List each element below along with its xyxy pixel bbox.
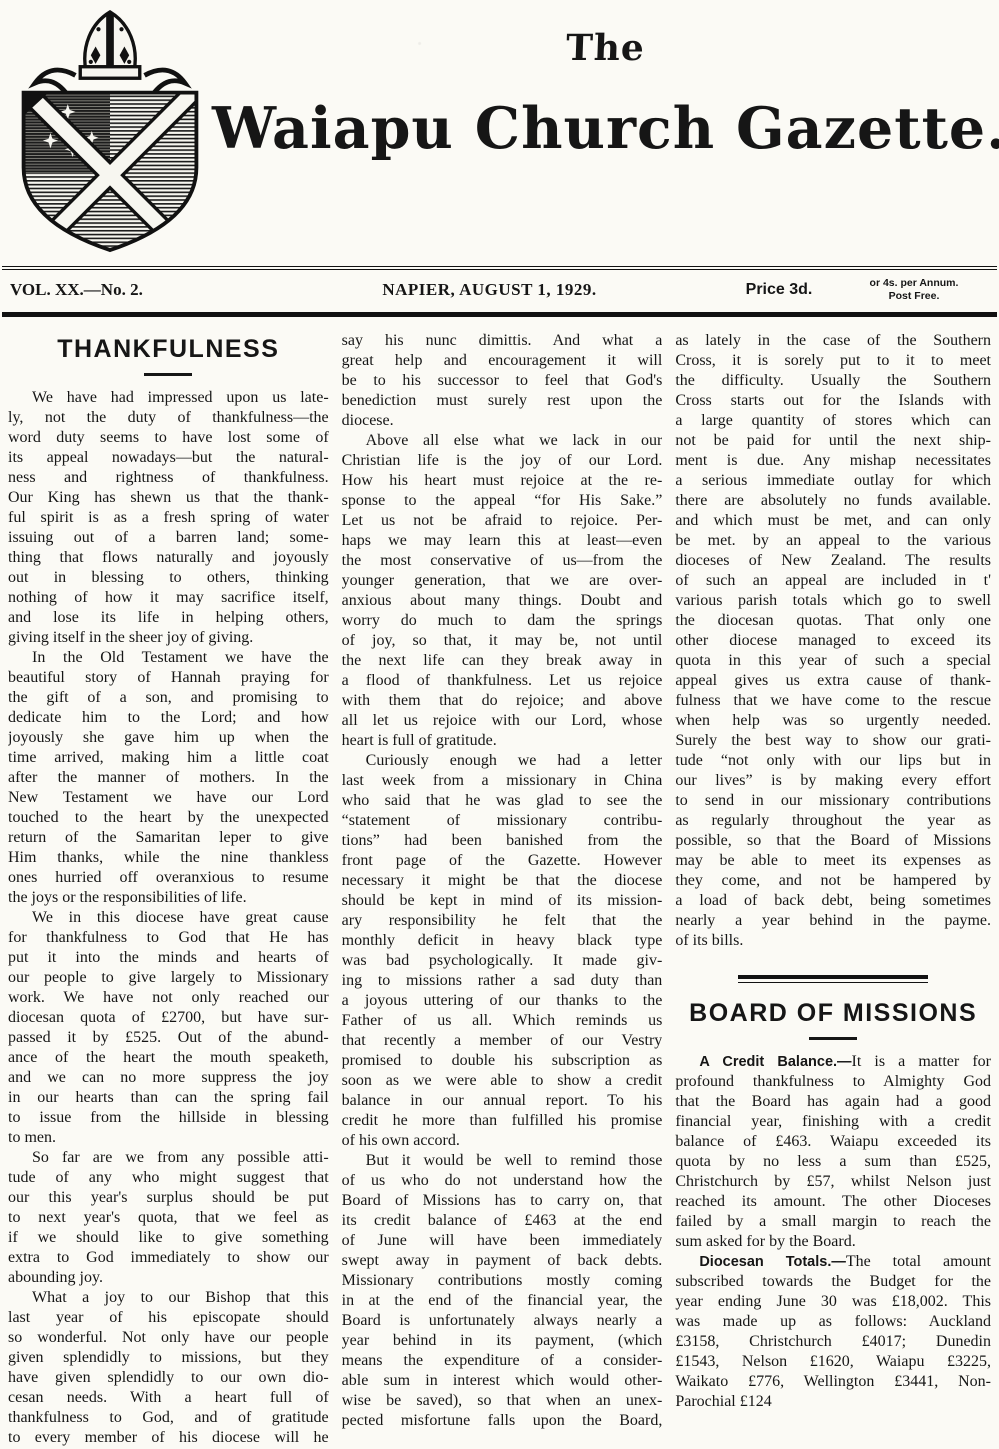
text-line: tude “not only with our lips but in: [675, 751, 991, 771]
text-line: extra to God immediately to show our: [8, 1248, 329, 1268]
text-line: its credit balance of £463 at the end: [342, 1211, 663, 1231]
text-line: be to his successor to feel that God's: [342, 371, 663, 391]
text-line: giving itself in the sheer joy of giving…: [8, 628, 329, 648]
text-line: cesan needs. With a heart full of: [8, 1388, 329, 1408]
text-line: balance of £463. Waiapu exceeded its: [675, 1132, 991, 1152]
text-line: passed it by £525. Out of the abund-: [8, 1028, 329, 1048]
paragraph: Above all else what we lack in ourChrist…: [342, 431, 663, 751]
text-line: Parochial £124: [675, 1392, 991, 1412]
text-line: wise be saved), so that when an unex-: [342, 1391, 663, 1411]
text-line: to next year's quota, that we feel as: [8, 1208, 329, 1228]
text-line: the gift of a son, and promising to: [8, 688, 329, 708]
paragraph: A Credit Balance.—It is a matter forprof…: [675, 1052, 991, 1252]
text-line: worry do much to dam the springs: [342, 611, 663, 631]
text-line: the most conservative of us—from the: [342, 551, 663, 571]
heading-underline: [809, 1037, 857, 1040]
gazette-title: Waiapu Church Gazette.: [212, 98, 999, 161]
text-line: failed by a small margin to reach the: [675, 1212, 991, 1232]
text-line: “statement of missionary contribu-: [342, 811, 663, 831]
text-line: quota by no less a sum than £525,: [675, 1152, 991, 1172]
text-line: that the Board has again had a good: [675, 1092, 991, 1112]
text-line: as lately in the case of the Southern: [675, 331, 991, 351]
text-line: may be able to meet its expenses as: [675, 851, 991, 871]
text-line: of joy, so that, it may be, not until: [342, 631, 663, 651]
text-line: appeal gives us extra cause of thank-: [675, 671, 991, 691]
price-label: Price 3d.: [719, 281, 839, 299]
text-line: In the Old Testament we have the: [8, 648, 329, 668]
text-line: swept away in payment of back debts.: [342, 1251, 663, 1271]
article-column-1: THANKFULNESSWe have had impressed upon u…: [8, 331, 329, 1448]
text-line: to men.: [8, 1128, 329, 1148]
diocese-crest-icon: [14, 4, 206, 260]
text-line: issuing out of a barren land; some-: [8, 528, 329, 548]
text-line: of its bills.: [675, 931, 991, 951]
text-line: year behind in its payment, (which: [342, 1331, 663, 1351]
text-line: beautiful story of Hannah praying for: [8, 668, 329, 688]
text-line: touched to the heart by the unexpected: [8, 808, 329, 828]
text-line: pected misfortune falls upon the Board,: [342, 1411, 663, 1431]
text-line: Let us not be afraid to rejoice. Per-: [342, 511, 663, 531]
text-line: Him thanks, while the nine thankless: [8, 848, 329, 868]
text-line: ones hurried off overanxious to resume: [8, 868, 329, 888]
text-line: £3158, Christchurch £4017; Dunedin: [675, 1332, 991, 1352]
paragraph: But it would be well to remind thoseof u…: [342, 1151, 663, 1431]
text-line: thankfulness to God, and of gratitude: [8, 1408, 329, 1428]
text-line: nearly a year behind in the payme.: [675, 911, 991, 931]
text-line: Christchurch by £57, whilst Nelson just: [675, 1172, 991, 1192]
text-line: our this year's surplus should be put: [8, 1188, 329, 1208]
text-line: means the expenditure of a consider-: [342, 1351, 663, 1371]
text-line: last year of his episcopate should: [8, 1308, 329, 1328]
text-line: our people to give largely to Missionary: [8, 968, 329, 988]
text-line: word duty seems to have lost some of: [8, 428, 329, 448]
paragraph: We in this diocese have great causefor t…: [8, 908, 329, 1148]
text-line: as regularly throughout the year as: [675, 811, 991, 831]
text-line: ment is due. Any mishap necessitates: [675, 451, 991, 471]
text-line: credit he more than fulfilled his promis…: [342, 1111, 663, 1131]
text-line: So far are we from any possible atti-: [8, 1148, 329, 1168]
paragraph-lead: Diocesan Totals.—: [699, 1254, 846, 1270]
text-line: subscribed towards the Budget for the: [675, 1272, 991, 1292]
text-line: Curiously enough we had a letter: [342, 751, 663, 771]
text-line: in our hearts than can the spring fail: [8, 1088, 329, 1108]
text-line: when help was so urgently needed.: [675, 711, 991, 731]
text-line: Cross starts out for the Islands with: [675, 391, 991, 411]
paragraph-lead: A Credit Balance.—: [699, 1054, 851, 1070]
text-line: Waikato £776, Wellington £3441, Non-: [675, 1372, 991, 1392]
text-line: of his own accord.: [342, 1131, 663, 1151]
text-line: our lives” is by making every effort: [675, 771, 991, 791]
paragraph: What a joy to our Bishop that thislast y…: [8, 1288, 329, 1448]
crest-ribbon-left: [35, 70, 75, 93]
text-line: Surely the best way to show our grati-: [675, 731, 991, 751]
text-line: ing to missions rather a sad duty than: [342, 971, 663, 991]
text-line: say his nunc dimittis. And what a: [342, 331, 663, 351]
text-line: able sum in interest which would other-: [342, 1371, 663, 1391]
text-line: was bad psychologically. It made giv-: [342, 951, 663, 971]
text-line: great help and encouragement it will: [342, 351, 663, 371]
text-line: What a joy to our Bishop that this: [8, 1288, 329, 1308]
text-line: front page of the Gazette. However: [342, 851, 663, 871]
text-line: nothing of how it may sacrifice itself,: [8, 588, 329, 608]
text-line: Christian life is the joy of our Lord.: [342, 451, 663, 471]
title-block: The Waiapu Church Gazette.: [212, 0, 999, 161]
gazette-title-the: The: [565, 30, 645, 66]
text-line: should be kept in mind of its mission-: [342, 891, 663, 911]
masthead: The Waiapu Church Gazette.: [0, 0, 999, 266]
article-heading: BOARD OF MISSIONS: [675, 999, 991, 1028]
text-line: Diocesan Totals.—The total amount: [675, 1252, 991, 1272]
text-line: that recently a member of our Vestry: [342, 1031, 663, 1051]
text-line: with them that do rejoice; and above: [342, 691, 663, 711]
text-line: last week from a missionary in China: [342, 771, 663, 791]
text-line: fulness that we have come to the rescue: [675, 691, 991, 711]
text-line: ance of the heart the mouth speaketh,: [8, 1048, 329, 1068]
paragraph: In the Old Testament we have thebeautifu…: [8, 648, 329, 908]
text-line: balance in our annual report. To his: [342, 1091, 663, 1111]
text-line: dioceses of New Zealand. The results: [675, 551, 991, 571]
text-line: monthly deficit in heavy black type: [342, 931, 663, 951]
text-line: to every member of his diocese will he: [8, 1428, 329, 1448]
text-line: they come, and not be hampered by: [675, 871, 991, 891]
text-line: be met. by an appeal to the various: [675, 531, 991, 551]
text-line: a serious immediate outlay for which: [675, 471, 991, 491]
issue-date: NAPIER, AUGUST 1, 1929.: [260, 280, 719, 300]
text-line: abounding joy.: [8, 1268, 329, 1288]
text-line: tions” had been banished from the: [342, 831, 663, 851]
text-line: Board of Missions has to carry on, that: [342, 1191, 663, 1211]
text-line: return of the Samaritan leper to give: [8, 828, 329, 848]
text-line: thing that flows naturally and joyously: [8, 548, 329, 568]
text-line: and we can no more suppress the joy: [8, 1068, 329, 1088]
text-line: sponse to the appeal “for His Sake.”: [342, 491, 663, 511]
paragraph: We have had impressed upon us late-ly, n…: [8, 388, 329, 648]
text-line: promised to double his subscription as: [342, 1051, 663, 1071]
text-line: But it would be well to remind those: [342, 1151, 663, 1171]
text-line: of us who do not understand how the: [342, 1171, 663, 1191]
text-line: of such an appeal are included in t': [675, 571, 991, 591]
text-line: so wonderful. Not only have our people: [8, 1328, 329, 1348]
gazette-page: The Waiapu Church Gazette. VOL. XX.—No. …: [0, 0, 999, 1449]
paragraph: say his nunc dimittis. And what agreat h…: [342, 331, 663, 431]
article-body: THANKFULNESSWe have had impressed upon u…: [0, 317, 999, 1448]
text-line: Missionary contributions mostly coming: [342, 1271, 663, 1291]
article-column-3: as lately in the case of the SouthernCro…: [675, 331, 991, 1448]
text-line: other diocese managed to exceed its: [675, 631, 991, 651]
text-line: the difficulty. Usually the Southern: [675, 371, 991, 391]
crest-shield: [24, 93, 197, 252]
text-line: heart is full of gratitude.: [342, 731, 663, 751]
text-line: A Credit Balance.—It is a matter for: [675, 1052, 991, 1072]
text-line: Our King has shewn us that the thank-: [8, 488, 329, 508]
text-line: a flood of thankfulness. Let us rejoice: [342, 671, 663, 691]
text-line: How his heart must rejoice at the re-: [342, 471, 663, 491]
text-line: who said that he was glad to see the: [342, 791, 663, 811]
text-line: if we should like to give something: [8, 1228, 329, 1248]
text-line: various parish totals which go to swell: [675, 591, 991, 611]
text-line: a load of back debt, being sometimes: [675, 891, 991, 911]
text-line: a joyous uttering of our thanks to the: [342, 991, 663, 1011]
text-line: to issue from the hillside in blessing: [8, 1108, 329, 1128]
text-line: quota in this year of such a special: [675, 651, 991, 671]
text-line: to send in our missionary contributions: [675, 791, 991, 811]
text-line: ly, not the duty of thankfulness—the: [8, 408, 329, 428]
text-line: of June will have been immediately: [342, 1231, 663, 1251]
text-line: sum asked for by the Board.: [675, 1232, 991, 1252]
text-line: diocese.: [342, 411, 663, 431]
text-line: tude of any who might suggest that: [8, 1168, 329, 1188]
text-line: ful spirit is as a fresh spring of water: [8, 508, 329, 528]
text-line: the next life can they break away in: [342, 651, 663, 671]
paragraph: So far are we from any possible atti-tud…: [8, 1148, 329, 1288]
text-line: diocesan quota of £2700, but have sur-: [8, 1008, 329, 1028]
text-line: profound thankfulness to Almighty God: [675, 1072, 991, 1092]
text-line: was made up as follows: Auckland: [675, 1312, 991, 1332]
bishop-mitre-icon: [80, 12, 140, 78]
text-line: joyously she gave him up when the: [8, 728, 329, 748]
text-line: ness and rightness of thankfulness.: [8, 468, 329, 488]
text-line: necessary it might be that the diocese: [342, 871, 663, 891]
volume-number: VOL. XX.—No. 2.: [10, 280, 260, 300]
text-line: its appeal nowadays—but the natural-: [8, 448, 329, 468]
section-divider: [738, 975, 928, 983]
text-line: financial year, finishing with a credit: [675, 1112, 991, 1132]
text-line: there are absolutely no funds available.: [675, 491, 991, 511]
text-line: put it into the minds and hearts of: [8, 948, 329, 968]
text-line: Board is unfortunately always nearly a: [342, 1311, 663, 1331]
text-line: and lose its life in helping others,: [8, 608, 329, 628]
text-line: and which must be met, and can only: [675, 511, 991, 531]
text-line: Cross, it is sorely put to it to meet: [675, 351, 991, 371]
crest-ribbon-right: [145, 70, 185, 93]
text-line: dedicate him to the Lord; and how: [8, 708, 329, 728]
text-line: a large quantity of stores which can: [675, 411, 991, 431]
text-line: haps we may learn this at least—even: [342, 531, 663, 551]
subscription-info: or 4s. per Annum. Post Free.: [839, 277, 989, 303]
text-line: all let us rejoice with our Lord, whose: [342, 711, 663, 731]
text-line: after the manner of mothers. In the: [8, 768, 329, 788]
paragraph: as lately in the case of the SouthernCro…: [675, 331, 991, 951]
text-line: ary responsibility he felt that the: [342, 911, 663, 931]
subscription-postage: Post Free.: [839, 290, 989, 303]
paragraph: Diocesan Totals.—The total amountsubscri…: [675, 1252, 991, 1412]
text-line: anxious about many things. Doubt and: [342, 591, 663, 611]
text-line: Above all else what we lack in our: [342, 431, 663, 451]
article-column-2: say his nunc dimittis. And what agreat h…: [342, 331, 663, 1448]
text-line: reached its amount. The other Dioceses: [675, 1192, 991, 1212]
masthead-info-bar: VOL. XX.—No. 2. NAPIER, AUGUST 1, 1929. …: [2, 266, 997, 317]
text-line: year ending June 30 was £18,002. This: [675, 1292, 991, 1312]
text-line: the diocesan quotas. That only one: [675, 611, 991, 631]
text-line: given splendidly to missions, but they: [8, 1348, 329, 1368]
text-line: Father of us all. Which reminds us: [342, 1011, 663, 1031]
text-line: We have had impressed upon us late-: [8, 388, 329, 408]
text-line: not be paid for until the next ship-: [675, 431, 991, 451]
text-line: have given splendidly to our own dio-: [8, 1368, 329, 1388]
text-line: the joys or the responsibilities of life…: [8, 888, 329, 908]
text-line: younger generation, that we are over-: [342, 571, 663, 591]
text-line: work. We have not only reached our: [8, 988, 329, 1008]
text-line: New Testament we have our Lord: [8, 788, 329, 808]
text-line: soon as we were able to show a credit: [342, 1071, 663, 1091]
text-line: £1543, Nelson £1620, Waiapu £3225,: [675, 1352, 991, 1372]
heading-underline: [144, 373, 192, 376]
paragraph: Curiously enough we had a letterlast wee…: [342, 751, 663, 1151]
text-line: out in blessing to others, thinking: [8, 568, 329, 588]
text-line: possible, so that the Board of Missions: [675, 831, 991, 851]
text-line: We in this diocese have great cause: [8, 908, 329, 928]
article-heading: THANKFULNESS: [8, 335, 329, 364]
text-line: benediction must surely rest upon the: [342, 391, 663, 411]
text-line: time arrived, making him a little coat: [8, 748, 329, 768]
subscription-rate: or 4s. per Annum.: [839, 277, 989, 290]
text-line: for thankfulness to God that He has: [8, 928, 329, 948]
text-line: in at the end of the financial year, the: [342, 1291, 663, 1311]
